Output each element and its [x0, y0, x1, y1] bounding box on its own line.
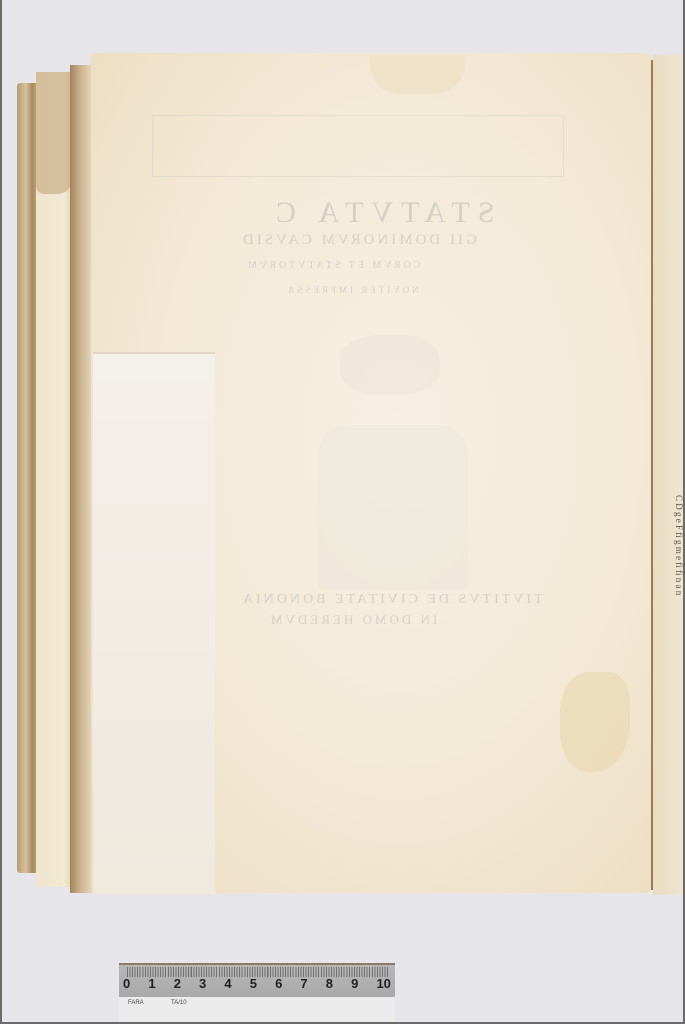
show-through-title: STATVTA C — [268, 196, 494, 230]
ruler-brand: FARA — [128, 1000, 144, 1006]
ruler-number: 10 — [376, 976, 390, 991]
ruler-number: 4 — [224, 976, 231, 991]
ruler-number: 6 — [275, 976, 282, 991]
measurement-ruler: 0 1 2 3 4 5 6 7 8 9 10 FARA TA/10 — [119, 963, 395, 1024]
show-through-imprint: IN DOMO HEREDVM — [268, 612, 437, 628]
ruler-number: 5 — [250, 976, 257, 991]
show-through-line: NOVITER IMPRESSA — [285, 285, 419, 295]
ruler-numbers: 0 1 2 3 4 5 6 7 8 9 10 — [123, 976, 391, 991]
ruler-number: 2 — [174, 976, 181, 991]
top-stain — [370, 56, 465, 94]
ruler-number: 3 — [199, 976, 206, 991]
show-through-line: CORVM ET STATVTORVM — [245, 260, 420, 271]
show-through-imprint: TIVTITVS DE CIVITATE BONONIA — [240, 592, 543, 608]
water-stain — [36, 72, 72, 194]
ruler-number: 1 — [148, 976, 155, 991]
open-book-photo: STATVTA C GII DOMINORVM CAVSID CORVM ET … — [0, 0, 685, 1024]
corner-stain — [560, 672, 630, 772]
ruler-scale: 0 1 2 3 4 5 6 7 8 9 10 — [119, 963, 395, 999]
show-through-figure — [318, 425, 468, 590]
ruler-model: TA/10 — [171, 1000, 187, 1006]
ruler-number: 9 — [351, 976, 358, 991]
ruler-base — [119, 997, 395, 1024]
image-border — [0, 0, 2, 1024]
ruler-number: 7 — [300, 976, 307, 991]
facing-page-edge — [653, 55, 683, 895]
show-through-line: GII DOMINORVM CAVSID — [240, 232, 477, 249]
show-through-frame — [152, 115, 564, 177]
ruler-number: 0 — [123, 976, 130, 991]
paper-repair-patch — [93, 352, 215, 894]
show-through-emblem — [340, 335, 440, 395]
ruler-number: 8 — [326, 976, 333, 991]
